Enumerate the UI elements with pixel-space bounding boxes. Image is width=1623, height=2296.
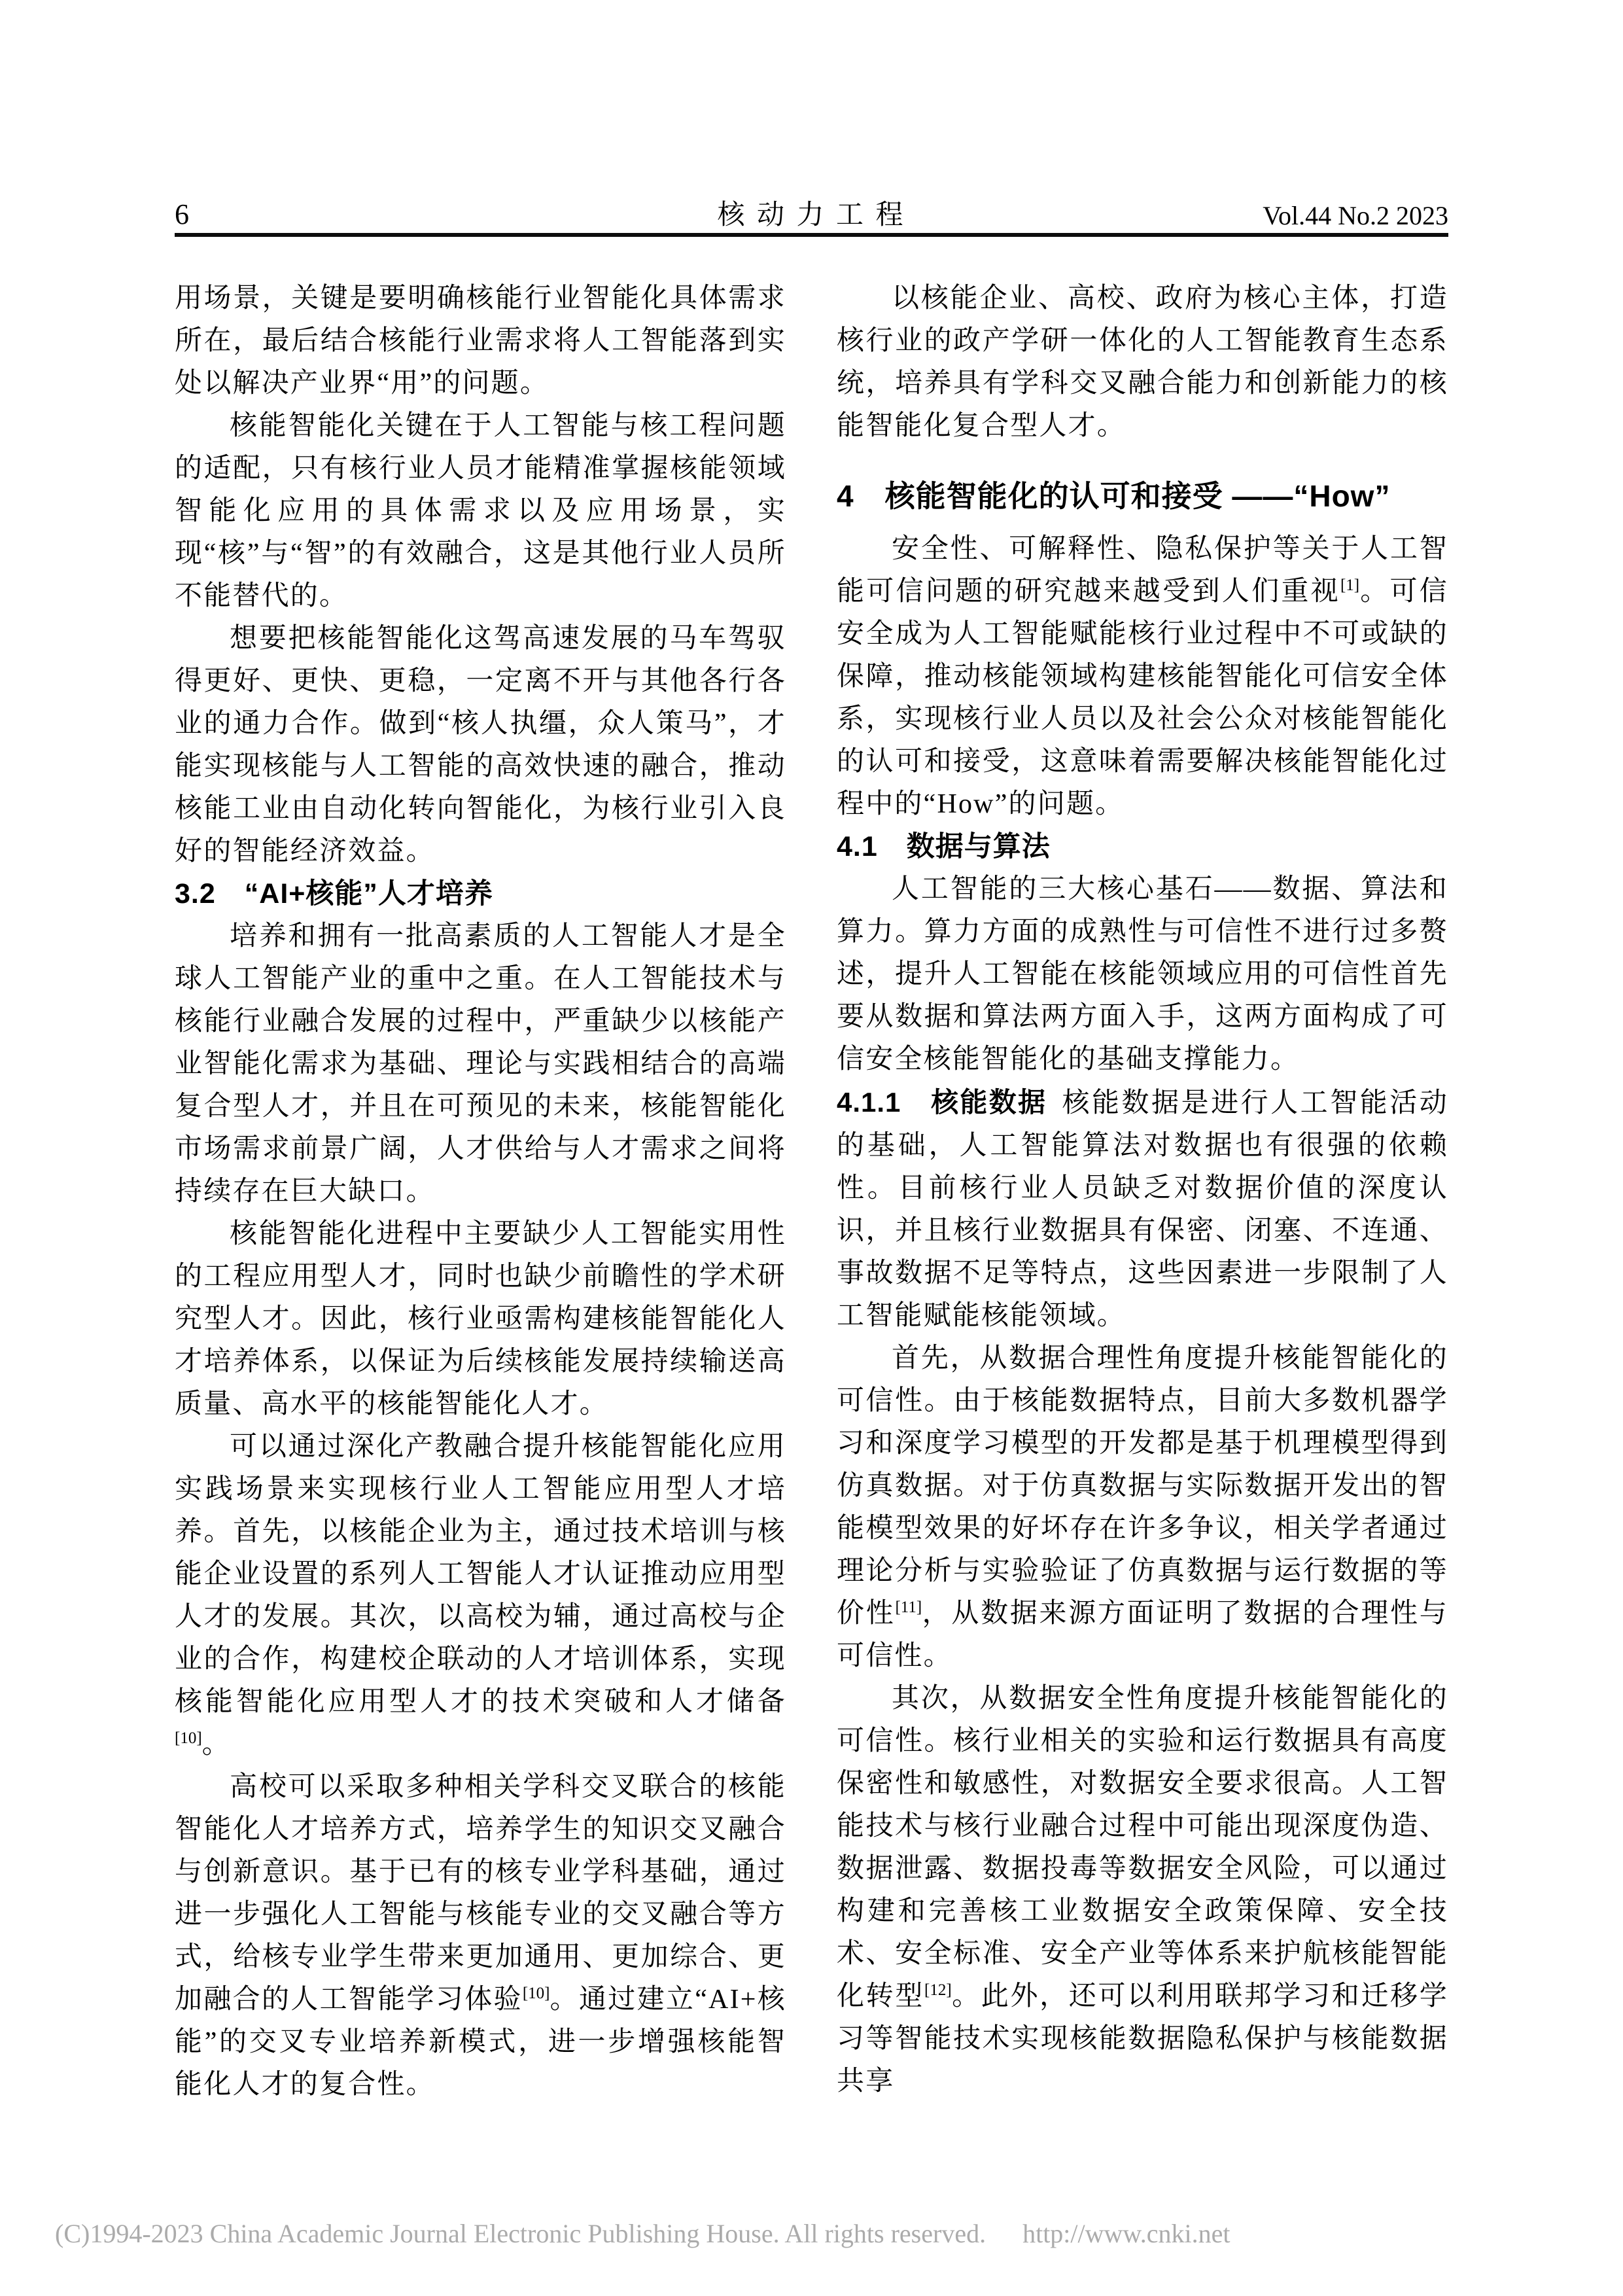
paragraph: 用场景，关键是要明确核能行业智能化具体需求所在，最后结合核能行业需求将人工智能落… (175, 277, 786, 405)
citation-superscript: [1] (1340, 576, 1359, 594)
paragraph: 4.1.1 核能数据核能数据是进行人工智能活动的基础，人工智能算法对数据也有很强… (837, 1081, 1448, 1337)
column-right: 以核能企业、高校、政府为核心主体，打造核行业的政产学研一体化的人工智能教育生态系… (837, 277, 1448, 2106)
journal-title: 核 动 力 工 程 (717, 202, 905, 229)
subsection-heading: 3.2 “AI+核能”人才培养 (175, 873, 786, 915)
inline-subsection-heading: 4.1.1 核能数据 (837, 1087, 1047, 1118)
paragraph: 高校可以采取多种相关学科交叉联合的核能智能化人才培养方式，培养学生的知识交叉融合… (175, 1766, 786, 2106)
volume-issue-year: Vol.44 No.2 2023 (1263, 203, 1448, 229)
paragraph: 可以通过深化产教融合提升核能智能化应用实践场景来实现核行业人工智能应用型人才培养… (175, 1426, 786, 1766)
subsection-heading: 4.1 数据与算法 (837, 826, 1448, 868)
article-body: 用场景，关键是要明确核能行业智能化具体需求所在，最后结合核能行业需求将人工智能落… (175, 277, 1448, 2106)
header-rule (175, 233, 1448, 237)
page-footer: (C)1994-2023 China Academic Journal Elec… (55, 2218, 1579, 2250)
paragraph: 其次，从数据安全性角度提升核能智能化的可信性。核行业相关的实验和运行数据具有高度… (837, 1678, 1448, 2103)
copyright-text: (C)1994-2023 China Academic Journal Elec… (55, 2219, 986, 2248)
page-header: 6 核 动 力 工 程 Vol.44 No.2 2023 (175, 192, 1448, 230)
citation-superscript: [10] (175, 1729, 202, 1747)
citation-superscript: [12] (924, 1981, 952, 1999)
section-heading: 4 核能智能化的认可和接受 ——“How” (837, 475, 1448, 518)
citation-superscript: [10] (523, 1985, 550, 2002)
journal-page: 6 核 动 力 工 程 Vol.44 No.2 2023 用场景，关键是要明确核… (0, 0, 1623, 2296)
cnki-url: http://www.cnki.net (1022, 2219, 1230, 2248)
citation-superscript: [11] (895, 1598, 922, 1616)
paragraph: 核能智能化关键在于人工智能与核工程问题的适配，只有核行业人员才能精准掌握核能领域… (175, 405, 786, 618)
page-number: 6 (175, 200, 189, 229)
paragraph: 想要把核能智能化这驾高速发展的马车驾驭得更好、更快、更稳，一定离不开与其他各行各… (175, 618, 786, 873)
paragraph: 首先，从数据合理性角度提升核能智能化的可信性。由于核能数据特点，目前大多数机器学… (837, 1337, 1448, 1678)
paragraph: 核能智能化进程中主要缺少人工智能实用性的工程应用型人才，同时也缺少前瞻性的学术研… (175, 1213, 786, 1426)
paragraph: 以核能企业、高校、政府为核心主体，打造核行业的政产学研一体化的人工智能教育生态系… (837, 277, 1448, 448)
column-left: 用场景，关键是要明确核能行业智能化具体需求所在，最后结合核能行业需求将人工智能落… (175, 277, 786, 2106)
paragraph: 培养和拥有一批高素质的人工智能人才是全球人工智能产业的重中之重。在人工智能技术与… (175, 915, 786, 1213)
paragraph: 人工智能的三大核心基石——数据、算法和算力。算力方面的成熟性与可信性不进行过多赘… (837, 868, 1448, 1081)
paragraph: 安全性、可解释性、隐私保护等关于人工智能可信问题的研究越来越受到人们重视[1]。… (837, 528, 1448, 826)
